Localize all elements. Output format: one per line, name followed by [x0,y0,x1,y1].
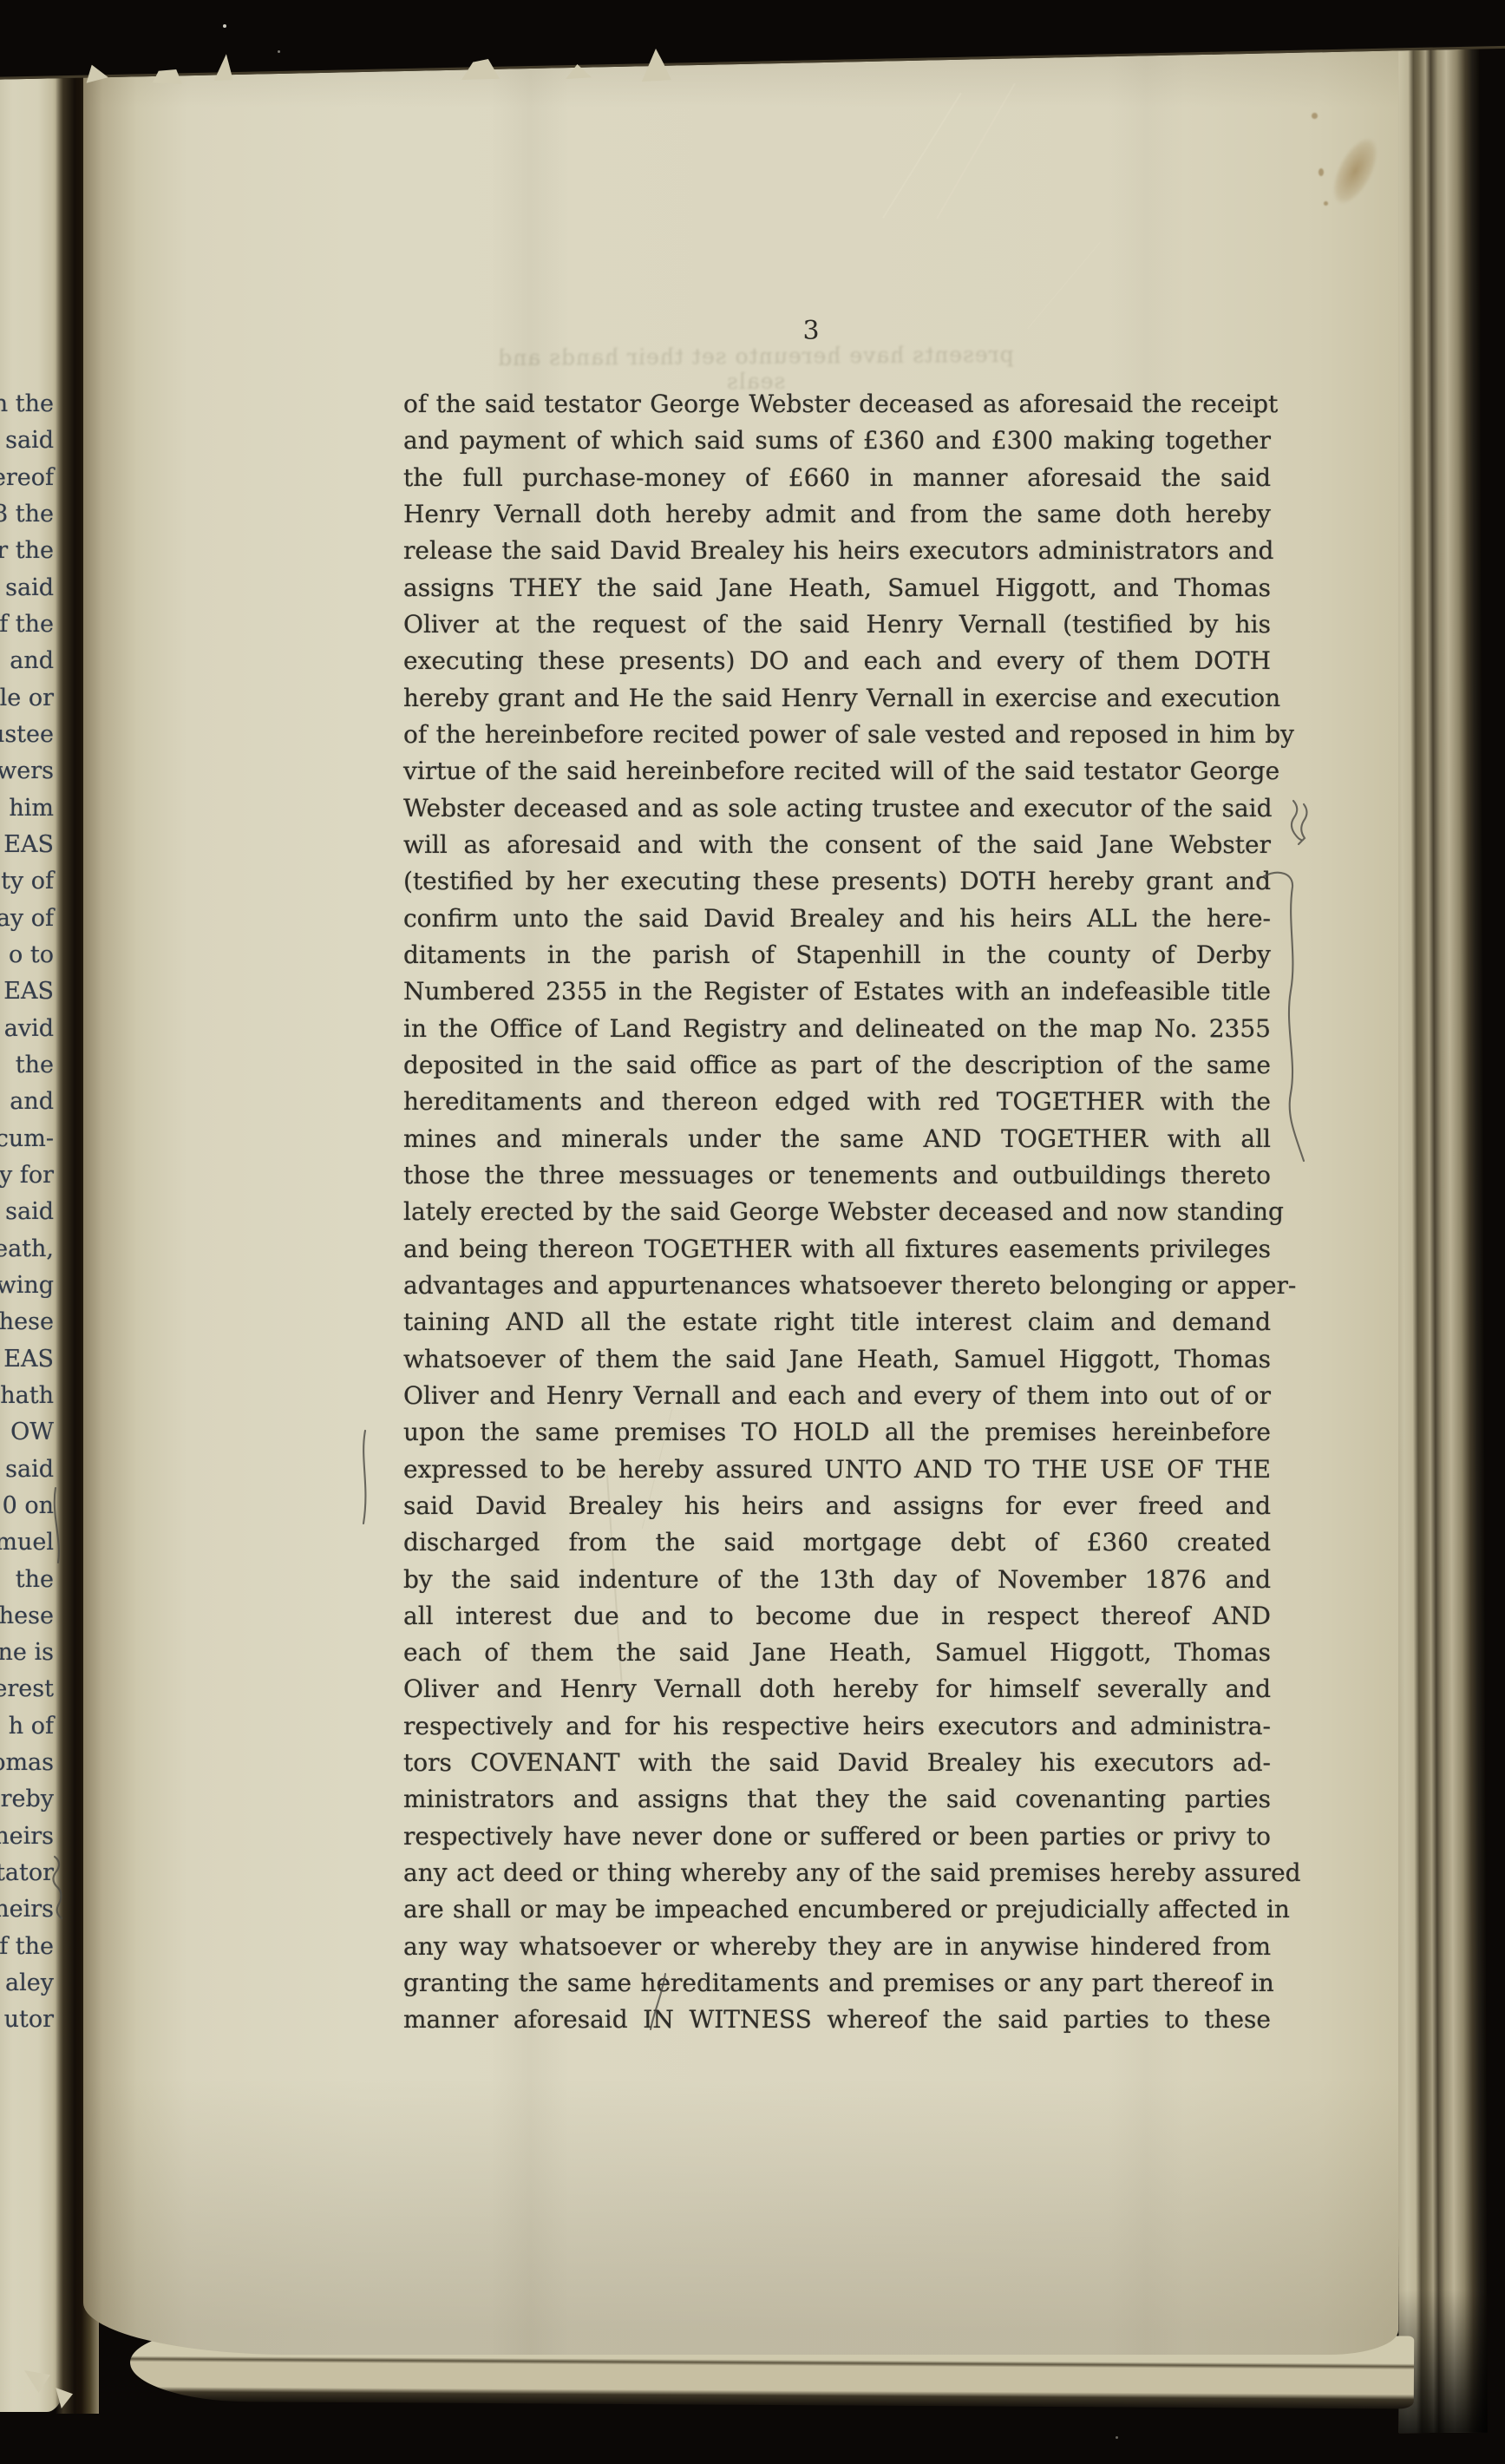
previous-page-text-fragment: hath [0,1378,54,1414]
previous-page-text-fragment: 0 on [0,1488,54,1524]
photo-background: n thesaidereof8 ther thesaidf theandle o… [0,0,1505,2464]
scratch-mark [882,93,961,219]
book-fore-edge [1390,49,1488,2433]
previous-page-text-fragment: wing [0,1268,54,1304]
previous-page-text-fragment: ereof [0,460,54,496]
previous-page-text-fragment: ne is [0,1635,54,1671]
previous-page-text-fragment: avid [0,1011,54,1047]
previous-page-text-fragment: said [0,570,54,606]
previous-page-text-fragment: f the [0,1929,54,1965]
previous-page-text-fragment: eath, [0,1231,54,1268]
previous-page-text-fragment: EAS [0,1341,54,1378]
previous-page-text-fragment: and [0,643,54,679]
previous-page-text-fragment: h of [0,1708,54,1745]
stain-dot [1319,168,1324,176]
previous-page-text-fragment: le or [0,680,54,717]
paper-undulation [1107,47,1185,2355]
previous-page-text-fragment: the [0,1562,54,1598]
previous-page-text-fragment: muel [0,1524,54,1561]
previous-page-text-fragment: o to [0,937,54,973]
previous-page-text-fragment: heirs [0,1891,54,1928]
paper-undulation [491,47,569,2355]
previous-page-text-fragment: n the [0,386,54,423]
stain-mark [1305,121,1396,234]
previous-page-text-fragment: wers [0,753,54,790]
stain-dot [1312,113,1318,119]
dust-speck [223,24,226,28]
book-page: 3 presents have hereunto set their hands… [83,47,1398,2355]
previous-page-text-fragment: 8 the [0,496,54,533]
previous-page-text-fragment: y for [0,1157,54,1194]
dust-speck [278,50,280,53]
previous-page-text-fragment: these [0,1304,54,1340]
previous-page-text-fragment: said [0,1194,54,1230]
previous-page-text-fragment: and [0,1084,54,1120]
previous-page-text-fragment: EAS [0,973,54,1010]
previous-page-text-fragment: r the [0,533,54,569]
previous-page-text: n thesaidereof8 ther thesaidf theandle o… [0,386,54,2039]
previous-page-text-fragment: said [0,1452,54,1488]
previous-page-text-fragment: OW [0,1414,54,1451]
previous-page-text-fragment: the [0,1047,54,1084]
previous-page-text-fragment: aley [0,1965,54,2002]
previous-page-text-fragment: omas [0,1745,54,1781]
previous-page-text-fragment: said [0,423,54,459]
previous-page-text-fragment: ustee [0,717,54,753]
previous-page-text-fragment: tator [0,1855,54,1891]
scratch-mark [936,83,1015,220]
dust-speck [1116,2436,1118,2439]
previous-page-text-fragment: reby [0,1781,54,1818]
previous-page-text-fragment: EAS [0,827,54,863]
previous-page-text-fragment: cum- [0,1121,54,1157]
previous-page-text-fragment: utor [0,2002,54,2038]
stain-dot [1324,201,1328,206]
previous-page-text-fragment: him [0,790,54,827]
previous-page-text-fragment: ty of [0,863,54,900]
previous-page-text-fragment: f the [0,606,54,643]
previous-page-text-fragment: hese [0,1598,54,1635]
previous-page-text-fragment: ay of [0,901,54,937]
previous-page-text-fragment: erest [0,1671,54,1707]
previous-page-text-fragment: heirs [0,1819,54,1855]
